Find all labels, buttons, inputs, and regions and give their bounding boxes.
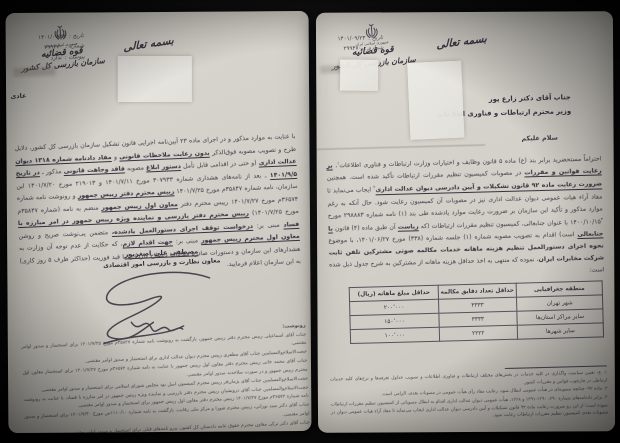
redaction-sticker (407, 61, 464, 140)
classification-stamp: عادی (10, 92, 26, 101)
letter-page-1: تاریخ : ۱۴۰۱/۰۹/۲۳ شماره : ۲۹۹۴۷۰ بسمه ت… (316, 11, 615, 433)
besmele-calligraphy: بسمه تعالی (124, 34, 174, 54)
page-1-content: تاریخ : ۱۴۰۱/۰۹/۲۳ شماره : ۲۹۹۴۷۰ بسمه ت… (316, 11, 615, 433)
tariff-table: منطقه جغرافیایی حداقل تعداد دقایق مکالمه… (349, 280, 604, 344)
redaction-sticker (340, 60, 378, 91)
footnotes: ۱. ع- تعیین سیاست واگذاری در کلیه خدمات … (330, 369, 608, 425)
besmele-calligraphy: بسمه تعالی (437, 33, 487, 52)
salutation: سلام علیکم (521, 134, 558, 143)
footnote-separator (505, 365, 607, 369)
handwritten-signature (67, 261, 221, 351)
redaction-sticker (118, 56, 192, 102)
cell-region: سایر شهرها (517, 323, 603, 339)
page-2-content: تاریخ : ۱۴۰۱/۰۹/۲۳ شماره : ۲۹۹۴۷۰ پیوست … (6, 11, 312, 433)
photo-background: تاریخ : ۱۴۰۱/۰۹/۲۳ شماره : ۲۹۹۴۷۰ پیوست … (0, 0, 620, 443)
letter-page-2: تاریخ : ۱۴۰۱/۰۹/۲۳ شماره : ۲۹۹۴۷۰ پیوست … (6, 11, 312, 433)
paper-crease (316, 144, 485, 149)
cell-amount: ۱۰۰٬۰۰۰ (350, 327, 439, 343)
iran-emblem-icon (363, 23, 379, 41)
cell-minutes: ۲۲۲۲ (439, 325, 518, 341)
letter-body: احتراماً مستحضرید برابر بند (ع) ماده ۵ ق… (326, 153, 604, 284)
handwriting-smudge (13, 66, 55, 77)
letterhead-org: جمهوری اسلامی ایران قوه قضائیه سازمان با… (11, 21, 111, 74)
iran-emblem-icon (52, 24, 69, 42)
